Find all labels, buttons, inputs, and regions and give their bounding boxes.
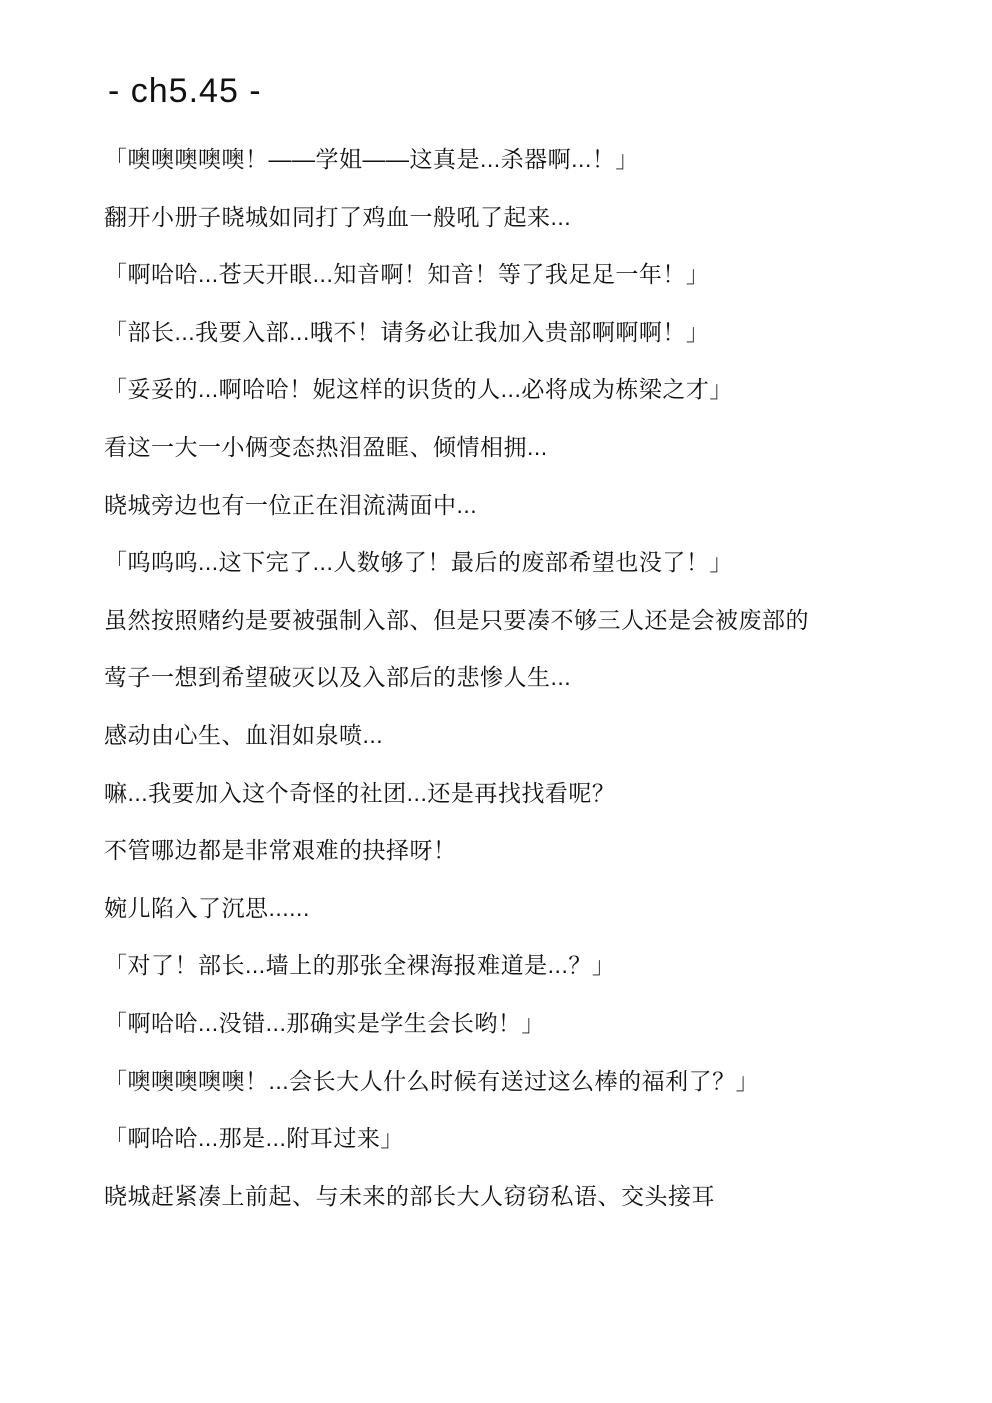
novel-reader-page: - ch5.45 - 「噢噢噢噢噢！——学姐——这真是...杀器啊...！」翻开… [0, 0, 992, 1403]
paragraph-line: 「啊哈哈...那是...附耳过来」 [104, 1110, 962, 1168]
paragraph-line: 「妥妥的...啊哈哈！妮这样的识货的人...必将成为栋梁之才」 [104, 361, 962, 419]
chapter-content: 「噢噢噢噢噢！——学姐——这真是...杀器啊...！」翻开小册子晓城如同打了鸡血… [104, 131, 962, 1225]
paragraph-line: 「啊哈哈...没错...那确实是学生会长哟！」 [104, 995, 962, 1053]
paragraph-line: 翻开小册子晓城如同打了鸡血一般吼了起来... [104, 189, 962, 247]
paragraph-line: 「部长...我要入部...哦不！请务必让我加入贵部啊啊啊！」 [104, 304, 962, 362]
paragraph-line: 感动由心生、血泪如泉喷... [104, 707, 962, 765]
chapter-title: - ch5.45 - [108, 72, 262, 111]
paragraph-line: 「对了！部长...墙上的那张全裸海报难道是...？」 [104, 937, 962, 995]
paragraph-line: 「噢噢噢噢噢！...会长大人什么时候有送过这么棒的福利了？」 [104, 1053, 962, 1111]
paragraph-line: 虽然按照赌约是要被强制入部、但是只要凑不够三人还是会被废部的 [104, 592, 962, 650]
paragraph-line: 不管哪边都是非常艰难的抉择呀！ [104, 822, 962, 880]
paragraph-line: 「噢噢噢噢噢！——学姐——这真是...杀器啊...！」 [104, 131, 962, 189]
paragraph-line: 嘛...我要加入这个奇怪的社团...还是再找找看呢？ [104, 765, 962, 823]
paragraph-line: 婉儿陷入了沉思...... [104, 880, 962, 938]
paragraph-line: 莺子一想到希望破灭以及入部后的悲惨人生... [104, 649, 962, 707]
paragraph-line: 晓城旁边也有一位正在泪流满面中... [104, 477, 962, 535]
paragraph-line: 看这一大一小俩变态热泪盈眶、倾情相拥... [104, 419, 962, 477]
paragraph-line: 「啊哈哈...苍天开眼...知音啊！知音！等了我足足一年！」 [104, 246, 962, 304]
paragraph-line: 晓城赶紧凑上前起、与未来的部长大人窃窃私语、交头接耳 [104, 1168, 962, 1226]
paragraph-line: 「呜呜呜...这下完了...人数够了！最后的废部希望也没了！」 [104, 534, 962, 592]
